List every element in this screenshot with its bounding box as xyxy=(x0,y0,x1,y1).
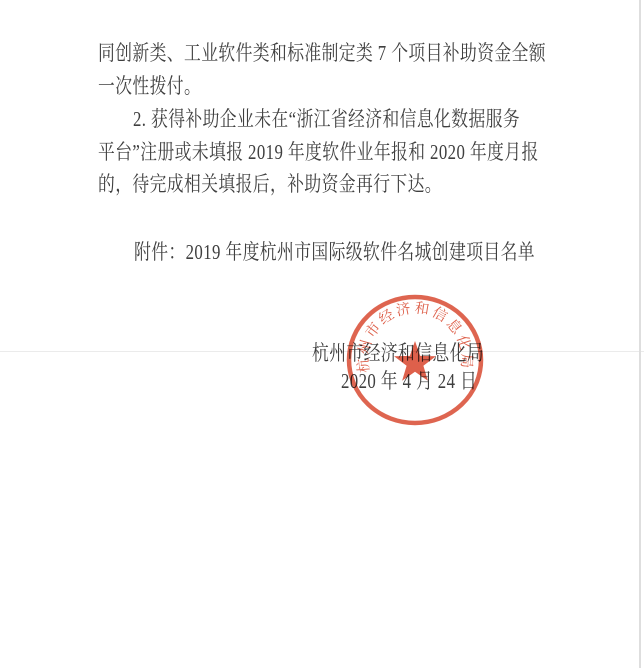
body-text-line: 同创新类、工业软件类和标准制定类 7 个项目补助资金全额 xyxy=(98,41,546,65)
attachment-line: 附件：2019 年度杭州市国际级软件名城创建项目名单 xyxy=(134,240,535,264)
body-text-line: 一次性拨付。 xyxy=(98,74,201,98)
scanned-document-page: 同创新类、工业软件类和标准制定类 7 个项目补助资金全额 一次性拨付。 2. 获… xyxy=(0,0,644,668)
official-seal: 杭州市经济和信息化局 xyxy=(340,285,490,435)
body-text-line: 的，待完成相关填报后，补助资金再行下达。 xyxy=(98,172,442,196)
seal-star-icon xyxy=(394,341,436,381)
body-text-line: 平台”注册或未填报 2019 年度软件业年报和 2020 年度月报 xyxy=(98,140,539,164)
scan-edge-shadow-vertical xyxy=(639,0,641,668)
body-text-line: 2. 获得补助企业未在“浙江省经济和信息化数据服务 xyxy=(133,107,520,131)
